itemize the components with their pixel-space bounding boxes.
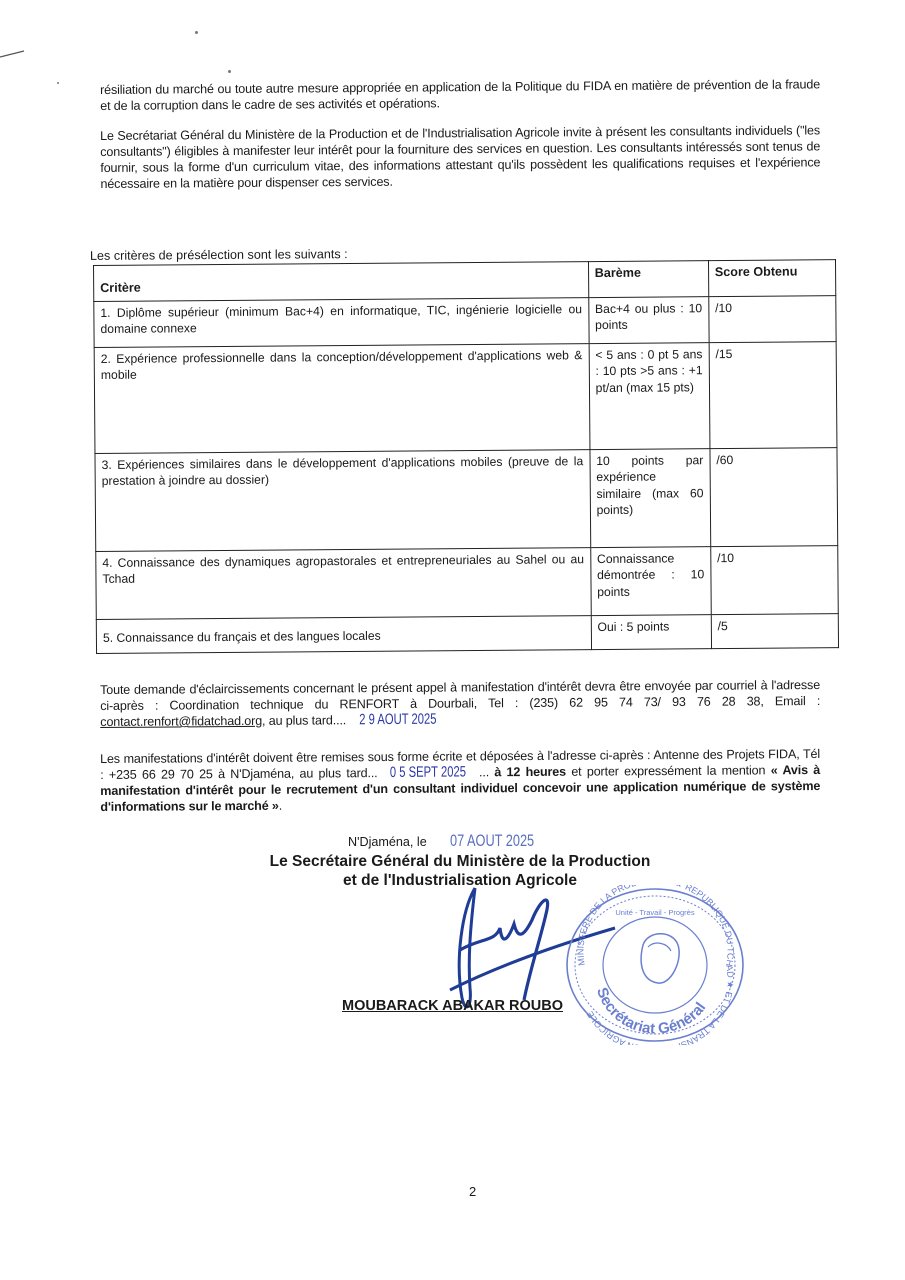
dots: ... — [479, 765, 489, 779]
scan-speck — [228, 70, 231, 73]
scan-speck — [57, 82, 59, 84]
score-cell: /10 — [709, 295, 837, 342]
official-seal-stamp: MINISTERE DE LA PRODUCTION ★ REPUBLIQUE … — [563, 885, 748, 1045]
header-bareme: Barème — [588, 261, 708, 297]
seal-motto: Unité - Travail - Progrès — [615, 908, 694, 917]
submission-mid: et porter expressément la mention — [566, 763, 771, 778]
critere-cell: 1. Diplôme supérieur (minimum Bac+4) en … — [94, 297, 589, 347]
bareme-cell: 10 points par expérience similaire (max … — [590, 448, 711, 547]
submission-date-stamp: 0 5 SEPT 2025 — [390, 764, 466, 781]
place-date: N'Djaména, le 07 AOUT 2025 — [348, 831, 548, 851]
fraud-policy-paragraph: résiliation du marché ou toute autre mes… — [100, 76, 820, 114]
criteria-intro: Les critères de présélection sont les su… — [90, 247, 348, 263]
deadline-lead: , au plus tard.... — [262, 713, 346, 728]
critere-cell: 2. Expérience professionnelle dans la co… — [94, 343, 589, 453]
score-cell: /5 — [711, 613, 839, 648]
invitation-paragraph: Le Secrétariat Général du Ministère de l… — [100, 122, 820, 192]
document-page: résiliation du marché ou toute autre mes… — [0, 0, 905, 1280]
bareme-cell: < 5 ans : 0 pt 5 ans : 10 pts >5 ans : +… — [589, 342, 710, 449]
bareme-cell: Bac+4 ou plus : 10 points — [588, 296, 708, 343]
signature-date-stamp: 07 AOUT 2025 — [450, 831, 534, 851]
table-row: 4. Connaissance des dynamiques agropasto… — [96, 545, 839, 619]
header-score: Score Obtenu — [708, 260, 836, 296]
criteria-table: Critère Barème Score Obtenu 1. Diplôme s… — [93, 259, 839, 653]
signatory-name: MOUBARACK ABAKAR ROUBO — [342, 998, 563, 1014]
table-row: 1. Diplôme supérieur (minimum Bac+4) en … — [94, 295, 836, 347]
bareme-cell: Oui : 5 points — [591, 614, 711, 649]
submission-paragraph: Les manifestations d'intérêt doivent êtr… — [100, 746, 820, 815]
deadline-hour: à 12 heures — [494, 765, 566, 779]
place-label: N'Djaména, le — [348, 835, 427, 849]
score-cell: /15 — [709, 341, 837, 448]
page-number: 2 — [469, 1184, 476, 1199]
scan-mark — [0, 48, 30, 60]
clarification-paragraph: Toute demande d'éclaircissements concern… — [100, 677, 820, 730]
clarification-date-stamp: 2 9 AOUT 2025 — [359, 712, 436, 729]
clarification-text: Toute demande d'éclaircissements concern… — [100, 678, 820, 713]
table-row: 3. Expériences similaires dans le dévelo… — [95, 447, 838, 551]
score-cell: /60 — [710, 447, 838, 546]
table-row: 2. Expérience professionnelle dans la co… — [94, 341, 837, 453]
scan-speck — [195, 31, 198, 34]
critere-cell: 4. Connaissance des dynamiques agropasto… — [96, 547, 591, 619]
critere-cell: 5. Connaissance du français et des langu… — [96, 615, 591, 653]
critere-cell: 3. Expériences similaires dans le dévelo… — [95, 449, 590, 551]
signatory-title-line1: Le Secrétaire Général du Ministère de la… — [240, 852, 680, 871]
contact-email-link[interactable]: contact.renfort@fidatchad.org — [100, 714, 262, 729]
bareme-cell: Connaissance démontrée : 10 points — [590, 546, 711, 615]
period: . — [279, 799, 282, 813]
score-cell: /10 — [710, 545, 838, 614]
header-critere: Critère — [94, 262, 589, 301]
table-row: 5. Connaissance du français et des langu… — [96, 613, 838, 653]
table-header-row: Critère Barème Score Obtenu — [94, 260, 836, 301]
